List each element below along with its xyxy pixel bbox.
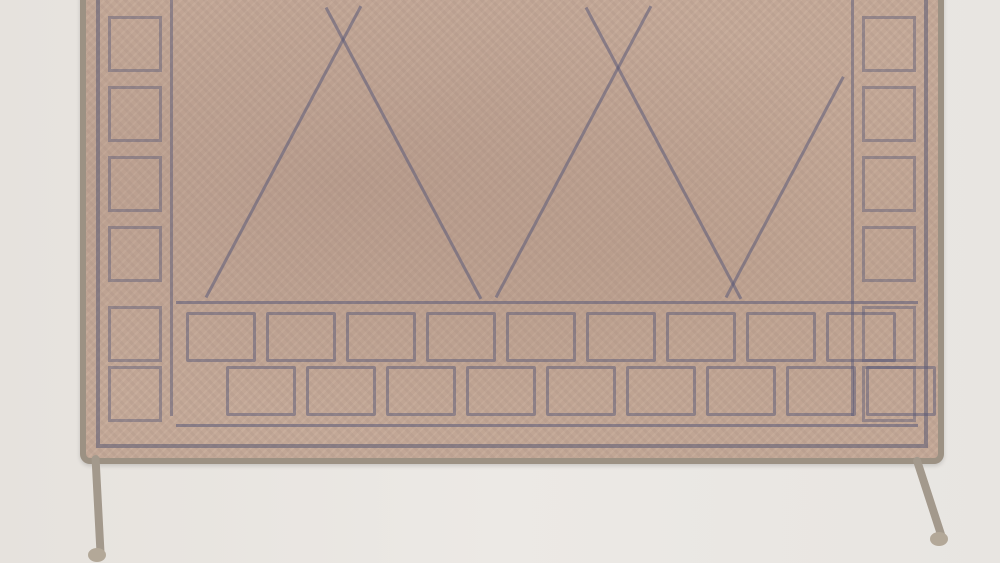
key-motif — [426, 312, 496, 362]
key-motif — [346, 312, 416, 362]
key-motif — [862, 156, 916, 212]
key-motif — [586, 312, 656, 362]
key-motif — [826, 312, 896, 362]
key-motif — [866, 366, 936, 416]
key-motif — [108, 306, 162, 362]
key-motif — [862, 86, 916, 142]
key-motif — [862, 226, 916, 282]
diamond-field — [166, 0, 858, 296]
key-motif — [306, 366, 376, 416]
left-tassel — [88, 548, 106, 562]
lattice-line — [495, 5, 653, 298]
key-motif — [706, 366, 776, 416]
key-motif — [108, 86, 162, 142]
key-motif — [466, 366, 536, 416]
key-motif — [546, 366, 616, 416]
key-motif — [786, 366, 856, 416]
key-motif — [386, 366, 456, 416]
key-motif — [226, 366, 296, 416]
right-tassel — [930, 532, 948, 546]
key-motif — [506, 312, 576, 362]
left-key-border — [100, 0, 173, 416]
key-motif — [626, 366, 696, 416]
key-motif — [108, 226, 162, 282]
key-motif — [108, 156, 162, 212]
lattice-line — [205, 5, 363, 298]
key-motif — [108, 16, 162, 72]
bottom-key-border — [176, 301, 918, 427]
rug — [80, 0, 944, 464]
key-motif — [186, 312, 256, 362]
lattice-line — [585, 7, 743, 300]
key-motif — [862, 16, 916, 72]
key-motif — [746, 312, 816, 362]
key-motif — [266, 312, 336, 362]
left-fringe-cord — [91, 455, 104, 555]
key-motif — [108, 366, 162, 422]
lattice-line — [725, 76, 845, 298]
key-motif — [666, 312, 736, 362]
right-fringe-cord — [912, 456, 946, 539]
lattice-line — [325, 7, 483, 300]
